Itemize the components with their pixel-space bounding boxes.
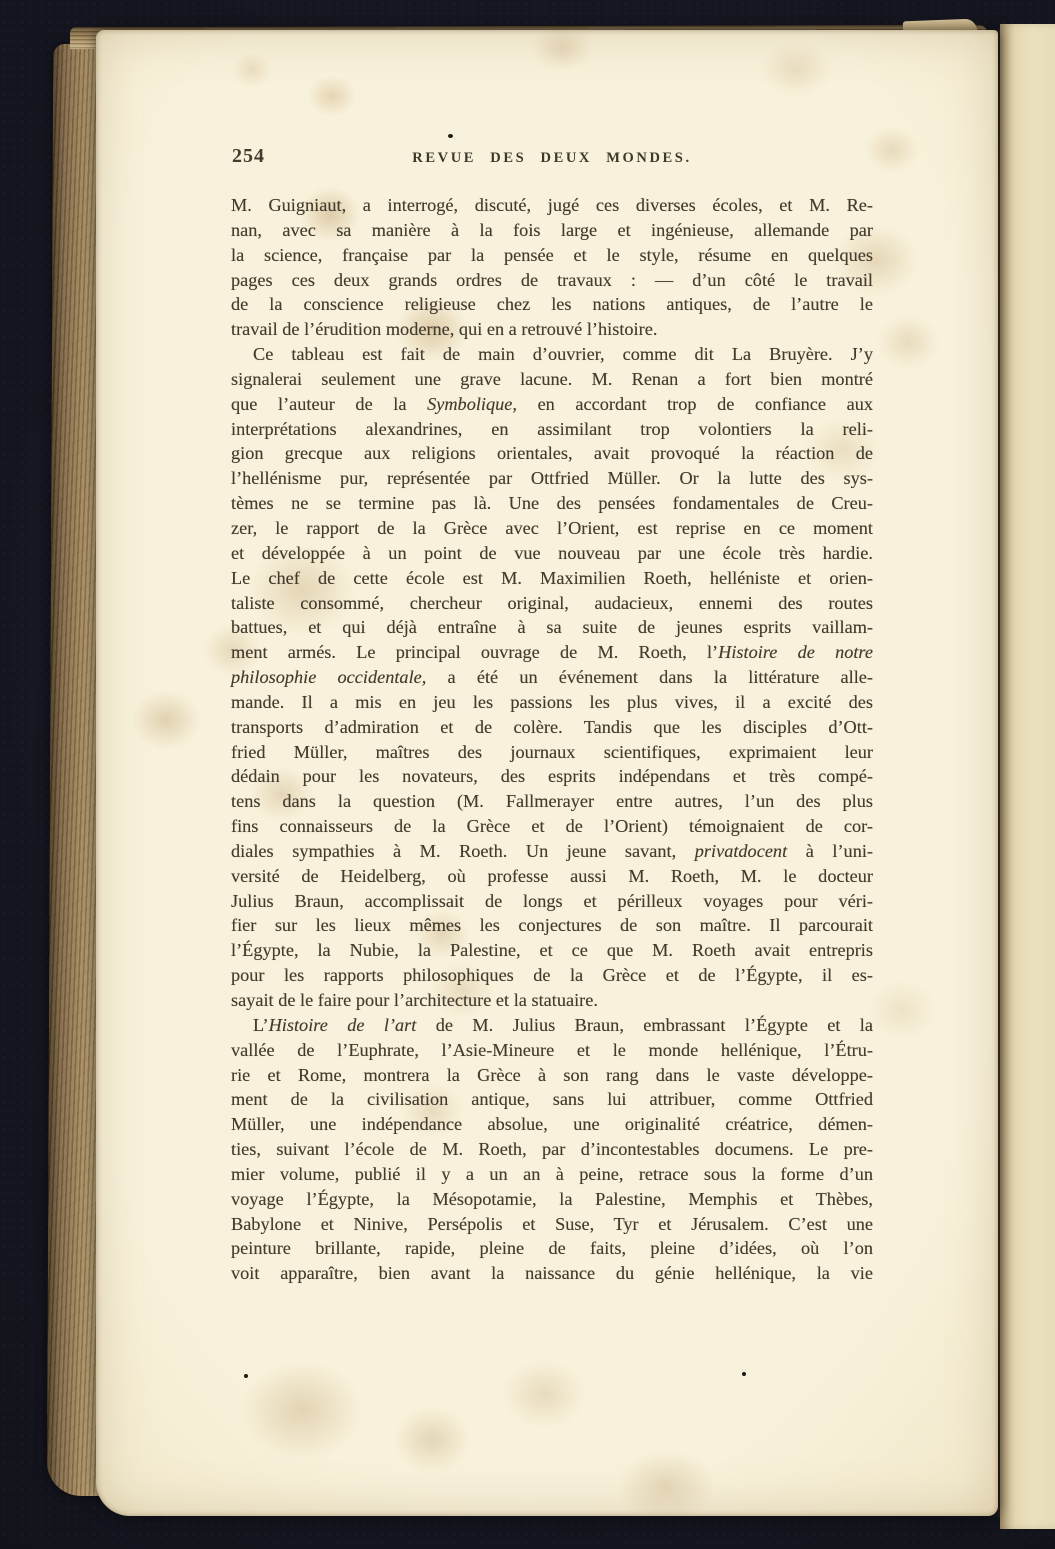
text-segment: peinture brillante, rapide, pleine de fa… [231, 1238, 873, 1258]
paragraph: L’Histoire de l’art de M. Julius Braun, … [231, 1013, 873, 1286]
text-line: diales sympathies à M. Roeth. Un jeune s… [231, 839, 873, 864]
text-segment: signalerai seulement une grave lacune. M… [231, 369, 873, 389]
text-segment: tèmes ne se termine pas là. Une des pens… [231, 493, 873, 513]
text-line: Babylone et Ninive, Persépolis et Suse, … [231, 1212, 873, 1237]
text-line: Müller, une indépendance absolue, une or… [231, 1112, 873, 1137]
text-line: que l’auteur de la Symbolique, en accord… [231, 392, 873, 417]
text-segment: M. Guigniaut, a interrogé, discuté, jugé… [231, 195, 873, 215]
text-line: zer, le rapport de la Grèce avec l’Orien… [231, 516, 873, 541]
next-page-edge [1000, 24, 1055, 1529]
italic-text: Histoire de notre [718, 642, 873, 662]
text-segment: mier volume, publié il y a un an à peine… [231, 1164, 873, 1184]
text-line: sayait de le faire pour l’architecture e… [231, 988, 873, 1013]
running-title: REVUE DES DEUX MONDES. [231, 145, 873, 167]
text-line: Ce tableau est fait de main d’ouvrier, c… [231, 342, 873, 367]
text-segment: Müller, une indépendance absolue, une or… [231, 1114, 873, 1134]
text-line: l’Égypte, la Nubie, la Palestine, et ce … [231, 938, 873, 963]
text-segment: Le chef de cette école est M. Maximilien… [231, 568, 873, 588]
text-line: Le chef de cette école est M. Maximilien… [231, 566, 873, 591]
text-segment: fier sur les lieux mêmes les conjectures… [231, 915, 873, 935]
text-line: la science, française par la pensée et l… [231, 243, 873, 268]
page-header: 254 REVUE DES DEUX MONDES. [231, 145, 873, 171]
text-segment: voit apparaître, bien avant la naissance… [231, 1263, 873, 1283]
text-segment: diales sympathies à M. Roeth. Un jeune s… [231, 841, 695, 861]
text-segment: interprétations alexandrines, en assimil… [231, 419, 873, 439]
text-segment: vallée de l’Euphrate, l’Asie-Mineure et … [231, 1040, 873, 1060]
text-line: M. Guigniaut, a interrogé, discuté, jugé… [231, 193, 873, 218]
text-line: mande. Il a mis en jeu les passions les … [231, 690, 873, 715]
text-line: battues, et qui déjà entraîne à sa suite… [231, 615, 873, 640]
text-segment: rie et Rome, montrera la Grèce à son ran… [231, 1065, 873, 1085]
text-line: fried Müller, maîtres des journaux scien… [231, 740, 873, 765]
text-segment: l’Égypte, la Nubie, la Palestine, et ce … [231, 940, 873, 960]
text-segment: ment armés. Le principal ouvrage de M. R… [231, 642, 718, 662]
text-segment: battues, et qui déjà entraîne à sa suite… [231, 617, 873, 637]
paragraph: M. Guigniaut, a interrogé, discuté, jugé… [231, 193, 873, 342]
text-segment: a été un événement dans la littérature a… [426, 667, 873, 687]
text-line: travail de l’érudition moderne, qui en a… [231, 317, 873, 342]
text-segment: fins connaisseurs de la Grèce et de l’Or… [231, 816, 873, 836]
text-segment: nan, avec sa manière à la fois large et … [231, 220, 873, 240]
ink-speck [742, 1372, 746, 1376]
text-line: Julius Braun, accomplissait de longs et … [231, 889, 873, 914]
paragraph: Ce tableau est fait de main d’ouvrier, c… [231, 342, 873, 1013]
text-line: tèmes ne se termine pas là. Une des pens… [231, 491, 873, 516]
text-line: l’hellénisme pur, représentée par Ottfri… [231, 466, 873, 491]
book-page: 254 REVUE DES DEUX MONDES. M. Guigniaut,… [96, 30, 998, 1516]
italic-text: Histoire de l’art [269, 1015, 417, 1035]
text-segment: Babylone et Ninive, Persépolis et Suse, … [231, 1214, 873, 1234]
text-segment: fried Müller, maîtres des journaux scien… [231, 742, 873, 762]
text-segment: voyage l’Égypte, la Mésopotamie, la Pale… [231, 1189, 873, 1209]
text-line: L’Histoire de l’art de M. Julius Braun, … [231, 1013, 873, 1038]
text-line: nan, avec sa manière à la fois large et … [231, 218, 873, 243]
page-body: M. Guigniaut, a interrogé, discuté, jugé… [231, 193, 873, 1286]
text-line: rie et Rome, montrera la Grèce à son ran… [231, 1063, 873, 1088]
text-line: voyage l’Égypte, la Mésopotamie, la Pale… [231, 1187, 873, 1212]
text-segment: l’hellénisme pur, représentée par Ottfri… [231, 468, 873, 488]
text-segment: transports d’admiration et de colère. Ta… [231, 717, 873, 737]
ink-speck [244, 1374, 248, 1378]
text-segment: en accordant trop de confiance aux [517, 394, 873, 414]
text-segment: zer, le rapport de la Grèce avec l’Orien… [231, 518, 873, 538]
text-segment: ment de la civilisation antique, sans lu… [231, 1089, 873, 1109]
text-segment: ties, suivant l’école de M. Roeth, par d… [231, 1139, 873, 1159]
text-segment: mande. Il a mis en jeu les passions les … [231, 692, 873, 712]
ink-speck [448, 134, 453, 138]
text-line: interprétations alexandrines, en assimil… [231, 417, 873, 442]
text-segment: Ce tableau est fait de main d’ouvrier, c… [253, 344, 873, 364]
text-line: transports d’admiration et de colère. Ta… [231, 715, 873, 740]
text-line: versité de Heidelberg, où professe aussi… [231, 864, 873, 889]
text-segment: et développée à un point de vue nouveau … [231, 543, 873, 563]
text-line: et développée à un point de vue nouveau … [231, 541, 873, 566]
text-line: fier sur les lieux mêmes les conjectures… [231, 913, 873, 938]
text-line: mier volume, publié il y a un an à peine… [231, 1162, 873, 1187]
text-line: vallée de l’Euphrate, l’Asie-Mineure et … [231, 1038, 873, 1063]
text-line: peinture brillante, rapide, pleine de fa… [231, 1236, 873, 1261]
text-segment: L’ [253, 1015, 269, 1035]
text-segment: tens dans la question (M. Fallmerayer en… [231, 791, 873, 811]
text-line: dédain pour les novateurs, des esprits i… [231, 764, 873, 789]
text-segment: la science, française par la pensée et l… [231, 245, 873, 265]
text-segment: gion grecque aux religions orientales, a… [231, 443, 873, 463]
text-line: tens dans la question (M. Fallmerayer en… [231, 789, 873, 814]
italic-text: privatdocent [695, 841, 787, 861]
text-line: voit apparaître, bien avant la naissance… [231, 1261, 873, 1286]
text-line: taliste consommé, chercheur original, au… [231, 591, 873, 616]
italic-text: Symbolique, [427, 394, 517, 414]
text-segment: de la conscience religieuse chez les nat… [231, 294, 873, 314]
text-segment: à l’uni- [787, 841, 873, 861]
text-line: pages ces deux grands ordres de travaux … [231, 268, 873, 293]
text-segment: taliste consommé, chercheur original, au… [231, 593, 873, 613]
italic-text: philosophie occidentale, [231, 667, 426, 687]
text-line: de la conscience religieuse chez les nat… [231, 292, 873, 317]
text-segment: de M. Julius Braun, embrassant l’Égypte … [416, 1015, 873, 1035]
text-segment: pour les rapports philosophiques de la G… [231, 965, 873, 985]
text-line: signalerai seulement une grave lacune. M… [231, 367, 873, 392]
text-segment: dédain pour les novateurs, des esprits i… [231, 766, 873, 786]
text-line: ment de la civilisation antique, sans lu… [231, 1087, 873, 1112]
text-segment: versité de Heidelberg, où professe aussi… [231, 866, 873, 886]
page-number: 254 [232, 145, 265, 168]
text-segment: travail de l’érudition moderne, qui en a… [231, 319, 657, 339]
text-segment: Julius Braun, accomplissait de longs et … [231, 891, 873, 911]
text-line: philosophie occidentale, a été un événem… [231, 665, 873, 690]
text-segment: pages ces deux grands ordres de travaux … [231, 270, 873, 290]
text-segment: que l’auteur de la [231, 394, 427, 414]
text-line: gion grecque aux religions orientales, a… [231, 441, 873, 466]
scanned-book-spread: 254 REVUE DES DEUX MONDES. M. Guigniaut,… [0, 0, 1055, 1549]
text-line: ties, suivant l’école de M. Roeth, par d… [231, 1137, 873, 1162]
text-line: fins connaisseurs de la Grèce et de l’Or… [231, 814, 873, 839]
text-line: pour les rapports philosophiques de la G… [231, 963, 873, 988]
text-line: ment armés. Le principal ouvrage de M. R… [231, 640, 873, 665]
text-segment: sayait de le faire pour l’architecture e… [231, 990, 598, 1010]
printed-text-block: 254 REVUE DES DEUX MONDES. M. Guigniaut,… [231, 145, 873, 1286]
